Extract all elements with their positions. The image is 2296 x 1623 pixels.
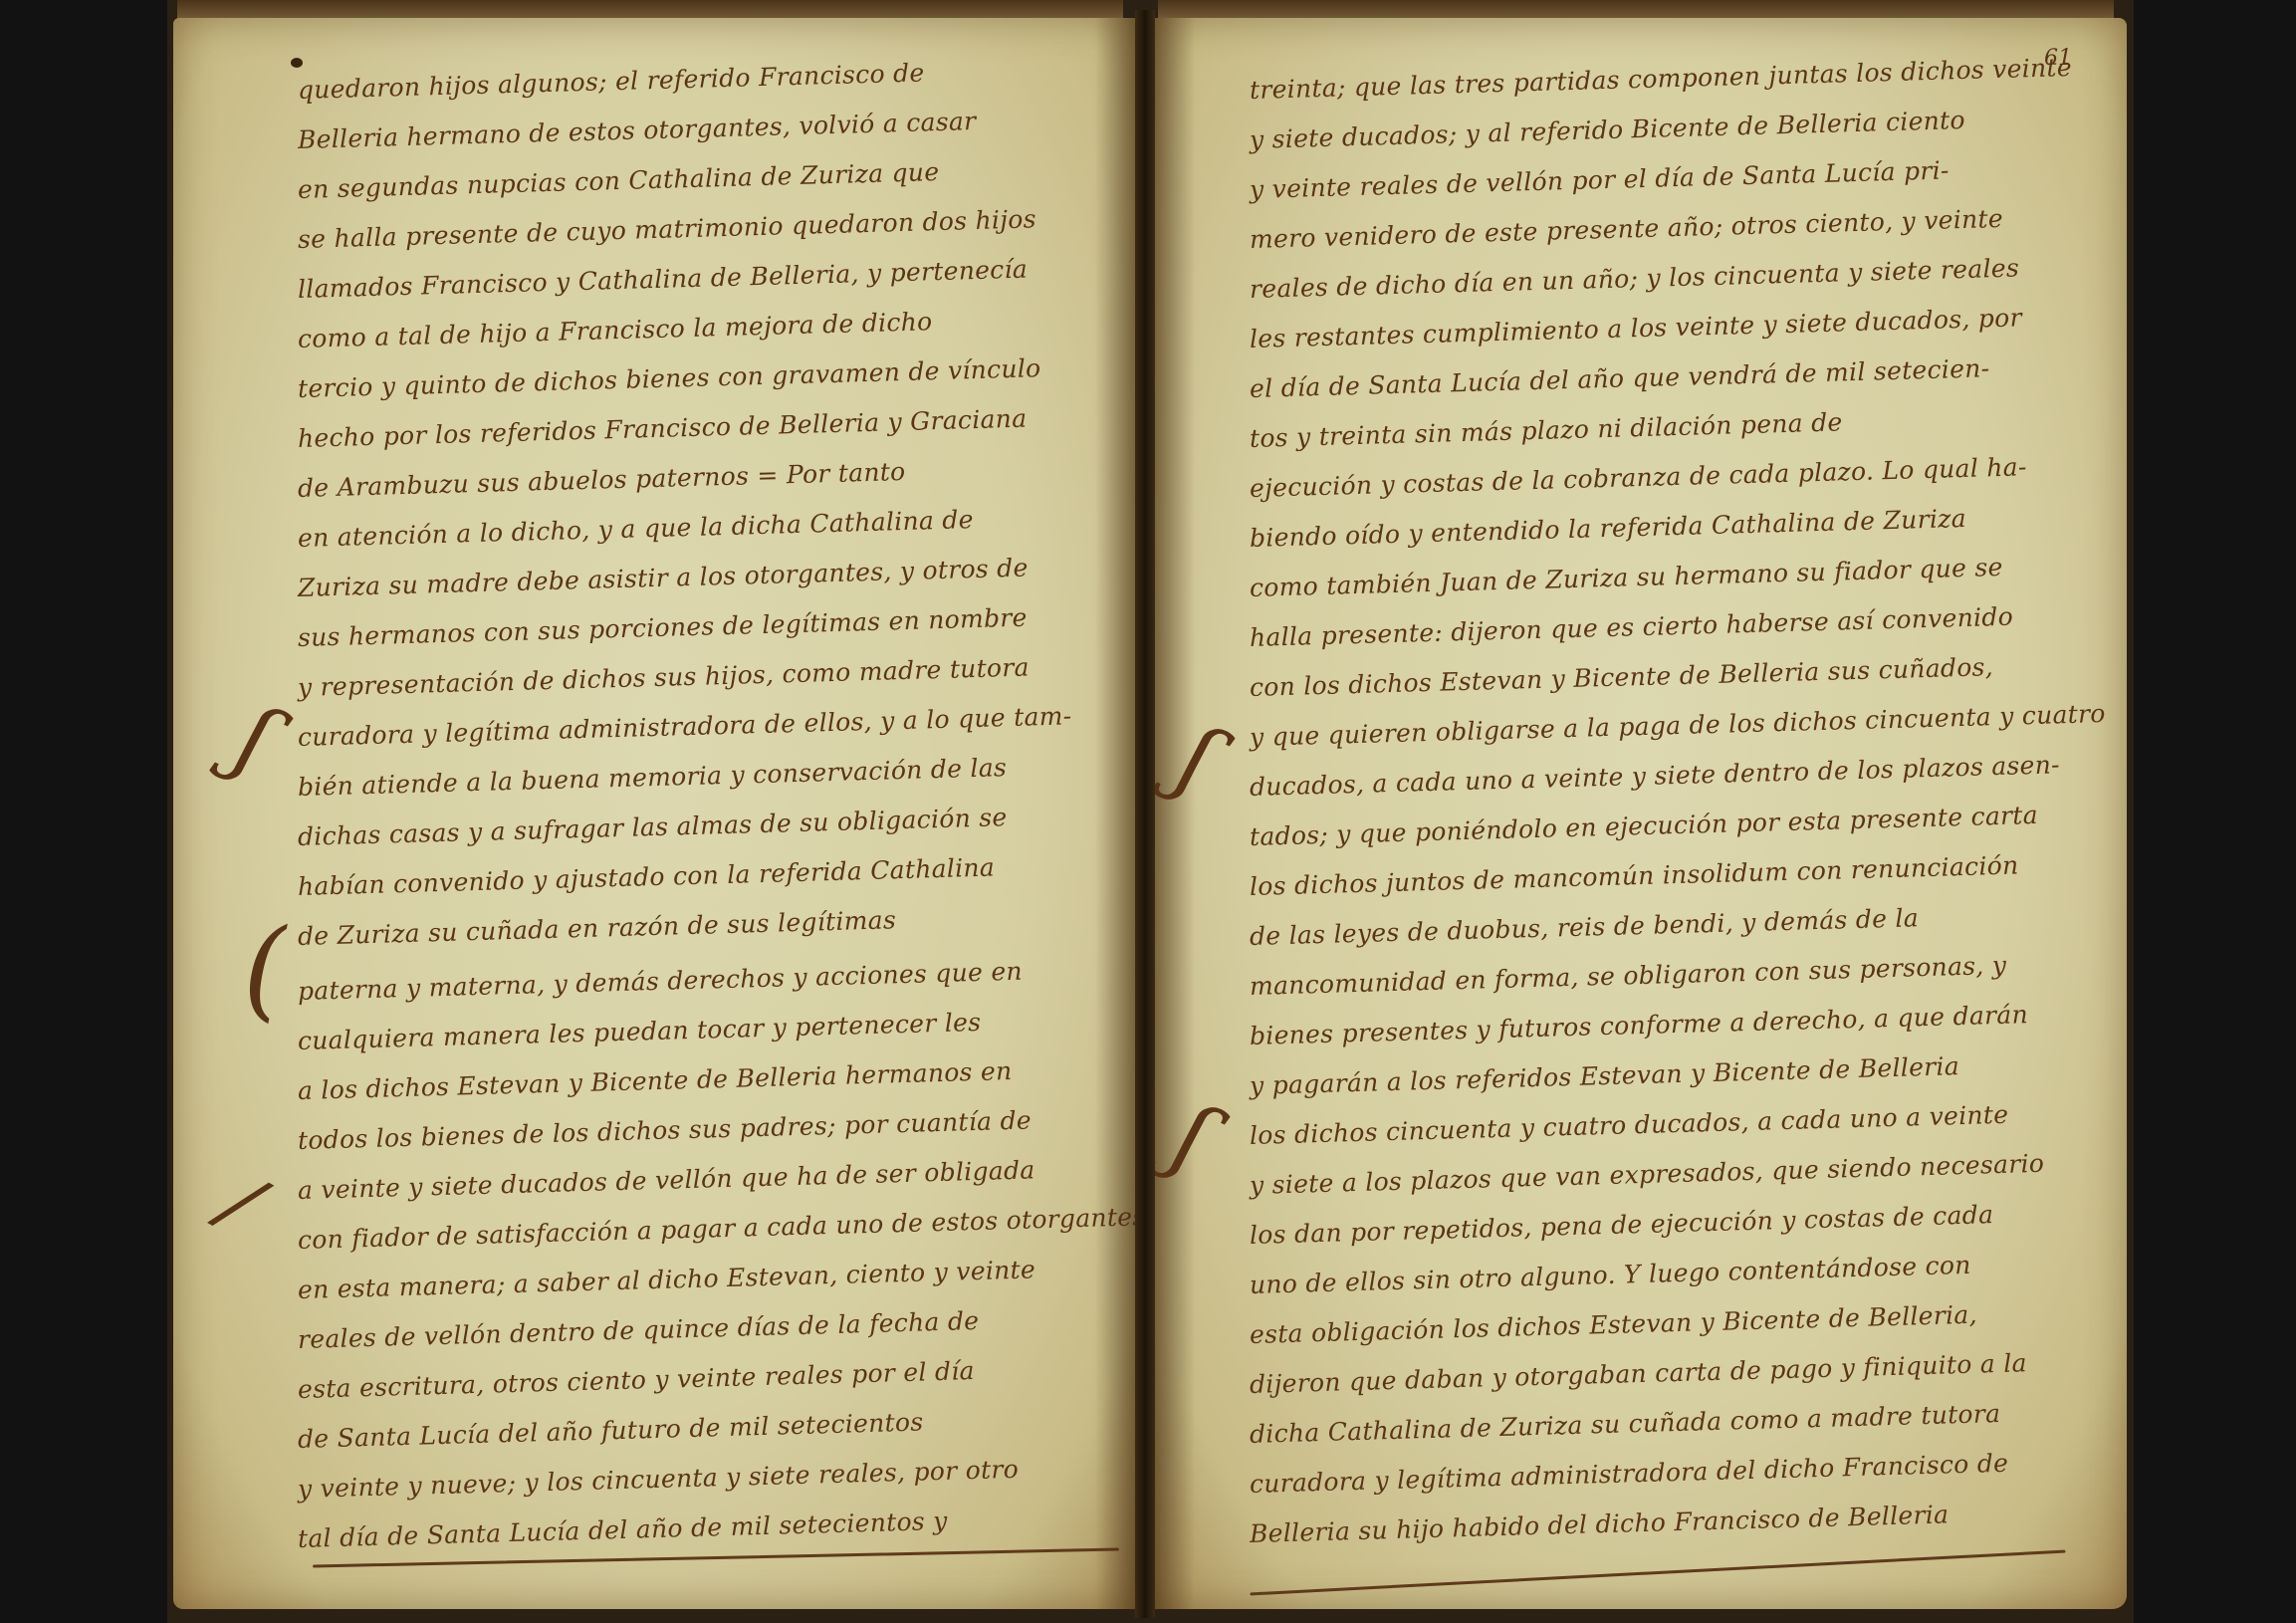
manuscript-line: ducados, a cada uno a veinte y siete den…	[1250, 750, 2061, 802]
manuscript-line: habían convenido y ajustado con la refer…	[298, 852, 996, 901]
manuscript-line: a veinte y siete ducados de vellón que h…	[298, 1155, 1035, 1205]
manuscript-line: y veinte reales de vellón por el día de …	[1250, 155, 1950, 204]
manuscript-line: tos y treinta sin más plazo ni dilación …	[1250, 407, 1843, 453]
manuscript-line: de Santa Lucía del año futuro de mil set…	[298, 1407, 924, 1454]
right-page: 61 treinta; que las tres partidas compon…	[1155, 18, 2127, 1609]
book-gutter	[1135, 10, 1155, 1618]
manuscript-line: el día de Santa Lucía del año que vendrá…	[1250, 353, 1990, 403]
manuscript-line: ejecución y costas de la cobranza de cad…	[1250, 452, 2027, 503]
manuscript-line: quedaron hijos algunos; el referido Fran…	[298, 58, 925, 105]
ink-blot	[291, 58, 303, 68]
margin-flourish: ʃ	[1162, 1092, 1222, 1184]
manuscript-line: y siete a los plazos que van expresados,…	[1250, 1149, 2045, 1200]
manuscript-line: paterna y materna, y demás derechos y ac…	[298, 957, 1024, 1006]
manuscript-line: hecho por los referidos Francisco de Bel…	[298, 404, 1028, 453]
manuscript-line: y pagarán a los referidos Estevan y Bice…	[1250, 1051, 1960, 1100]
manuscript-line: esta obligación los dichos Estevan y Bic…	[1250, 1300, 1978, 1349]
manuscript-line: bién atiende a la buena memoria y conser…	[298, 753, 1008, 802]
manuscript-line: de las leyes de duobus, reis de bendi, y…	[1250, 903, 1920, 951]
manuscript-line: dichas casas y a sufragar las almas de s…	[298, 803, 1008, 851]
manuscript-line: y veinte y nueve; y los cincuenta y siet…	[298, 1455, 1020, 1504]
manuscript-line: los dichos cincuenta y cuatro ducados, a…	[1250, 1100, 2009, 1150]
manuscript-line: llamados Francisco y Cathalina de Beller…	[298, 255, 1029, 304]
margin-flourish: ʃ	[225, 694, 285, 786]
margin-flourish: /	[210, 1162, 273, 1245]
open-book: quedaron hijos algunos; el referido Fran…	[167, 0, 2134, 1623]
manuscript-line: de Zuriza su cuñada en razón de sus legí…	[298, 905, 897, 951]
manuscript-line: curadora y legítima administradora de el…	[298, 701, 1072, 752]
manuscript-line: mancomunidad en forma, se obligaron con …	[1250, 951, 2007, 1001]
manuscript-line: con fiador de satisfacción a pagar a cad…	[298, 1202, 1135, 1255]
manuscript-line: y que quieren obligarse a la paga de los…	[1250, 699, 2106, 752]
manuscript-line: en segundas nupcias con Cathalina de Zur…	[298, 157, 940, 204]
manuscript-line: dijeron que daban y otorgaban carta de p…	[1250, 1348, 2028, 1399]
manuscript-line: treinta; que las tres partidas componen …	[1250, 53, 2073, 105]
manuscript-line: de Arambuzu sus abuelos paternos = Por t…	[298, 457, 906, 503]
manuscript-line: y siete ducados; y al referido Bicente d…	[1250, 106, 1966, 154]
manuscript-line: les restantes cumplimiento a los veinte …	[1250, 303, 2023, 353]
manuscript-line: curadora y legítima administradora del d…	[1250, 1449, 2009, 1499]
manuscript-line: cualquiera manera les puedan tocar y per…	[298, 1008, 982, 1055]
manuscript-line: reales de dicho día en un año; y los cin…	[1250, 253, 2020, 304]
manuscript-line: dicha Cathalina de Zuriza su cuñada como…	[1250, 1399, 2001, 1449]
manuscript-line: Zuriza su madre debe asistir a los otorg…	[298, 554, 1029, 602]
manuscript-line: tercio y quinto de dichos bienes con gra…	[298, 353, 1041, 403]
margin-flourish: (	[243, 914, 286, 1024]
manuscript-line: como a tal de hijo a Francisco la mejora…	[298, 307, 933, 353]
manuscript-line: tados; y que poniéndolo en ejecución por…	[1250, 801, 2039, 851]
manuscript-line: en esta manera; a saber al dicho Estevan…	[298, 1255, 1036, 1304]
left-page: quedaron hijos algunos; el referido Fran…	[173, 18, 1135, 1609]
manuscript-line: bienes presentes y futuros conforme a de…	[1250, 1000, 2029, 1050]
manuscript-line: todos los bienes de los dichos sus padre…	[298, 1105, 1033, 1155]
manuscript-line: con los dichos Estevan y Bicente de Bell…	[1250, 652, 1994, 702]
manuscript-line: a los dichos Estevan y Bicente de Beller…	[298, 1056, 1013, 1105]
manuscript-line: Belleria su hijo habido del dicho Franci…	[1250, 1500, 1950, 1548]
manuscript-line: se halla presente de cuyo matrimonio que…	[298, 204, 1037, 254]
manuscript-line: los dichos juntos de mancomún insolidum …	[1250, 850, 2019, 901]
margin-flourish: ʃ	[1167, 714, 1227, 806]
closing-rule	[1250, 1550, 2065, 1596]
manuscript-line: sus hermanos con sus porciones de legíti…	[298, 603, 1028, 652]
manuscript-line: Belleria hermano de estos otorgantes, vo…	[298, 107, 977, 154]
manuscript-line: halla presente: dijeron que es cierto ha…	[1250, 602, 2014, 652]
manuscript-line: y representación de dichos sus hijos, co…	[298, 652, 1031, 702]
manuscript-line: los dan por repetidos, pena de ejecución…	[1250, 1200, 1994, 1250]
manuscript-line: mero venidero de este presente año; otro…	[1250, 204, 2004, 254]
manuscript-line: biendo oído y entendido la referida Cath…	[1250, 504, 1967, 553]
manuscript-line: reales de vellón dentro de quince días d…	[298, 1306, 980, 1354]
manuscript-line: tal día de Santa Lucía del año de mil se…	[298, 1507, 948, 1553]
manuscript-line: como también Juan de Zuriza su hermano s…	[1250, 553, 2003, 602]
manuscript-line: esta escritura, otros ciento y veinte re…	[298, 1356, 976, 1404]
manuscript-line: en atención a lo dicho, y a que la dicha…	[298, 505, 975, 553]
manuscript-line: uno de ellos sin otro alguno. Y luego co…	[1250, 1251, 1971, 1299]
closing-rule	[313, 1548, 1119, 1568]
